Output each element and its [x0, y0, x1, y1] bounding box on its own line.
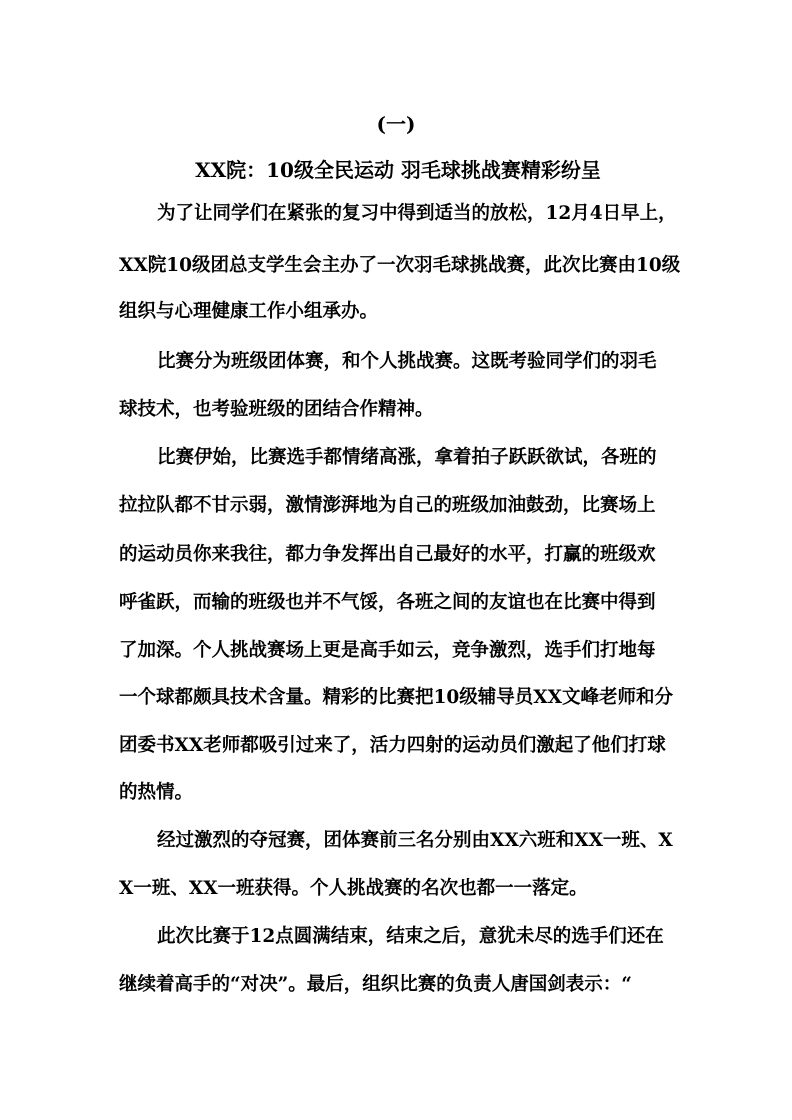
section-number: (一) — [0, 111, 792, 137]
body-line: 呼雀跃，而输的班级也并不气馁，各班之间的友谊也在比赛中得到 — [119, 591, 675, 615]
body-line: 继续着高手的“对决”。最后，组织比赛的负责人唐国剑表示：“ — [119, 973, 675, 997]
body-line: XX院10级团总支学生会主办了一次羽毛球挑战赛，此次比赛由10级 — [119, 254, 675, 278]
body-line: 经过激烈的夺冠赛，团体赛前三名分别由XX六班和XX一班、X — [157, 829, 675, 853]
body-line: 了加深。个人挑战赛场上更是高手如云，竞争激烈，选手们打地每 — [119, 639, 675, 663]
document-title: XX院：10级全民运动 羽毛球挑战赛精彩纷呈 — [0, 156, 792, 184]
body-line: 此次比赛于12点圆满结束，结束之后，意犹未尽的选手们还在 — [157, 925, 675, 949]
body-line: 比赛分为班级团体赛，和个人挑战赛。这既考验同学们的羽毛 — [157, 350, 675, 374]
body-line: 团委书XX老师都吸引过来了，活力四射的运动员们激起了他们打球 — [119, 734, 675, 758]
body-line: 一个球都颇具技术含量。精彩的比赛把10级辅导员XX文峰老师和分 — [119, 686, 675, 710]
body-line: 为了让同学们在紧张的复习中得到适当的放松，12月4日早上， — [157, 202, 675, 226]
body-line: 的运动员你来我往，都力争发挥出自己最好的水平，打赢的班级欢 — [119, 543, 675, 567]
body-line: 拉拉队都不甘示弱，激情澎湃地为自己的班级加油鼓劲，比赛场上 — [119, 494, 675, 518]
body-line: X一班、XX一班获得。个人挑战赛的名次也都一一落定。 — [119, 877, 675, 901]
body-line: 球技术，也考验班级的团结合作精神。 — [119, 398, 675, 422]
body-line: 的热情。 — [119, 781, 675, 805]
document-page: (一) XX院：10级全民运动 羽毛球挑战赛精彩纷呈 为了让同学们在紧张的复习中… — [0, 0, 792, 1120]
body-line: 比赛伊始，比赛选手都情绪高涨，拿着拍子跃跃欲试，各班的 — [157, 446, 675, 470]
body-line: 组织与心理健康工作小组承办。 — [119, 300, 675, 324]
